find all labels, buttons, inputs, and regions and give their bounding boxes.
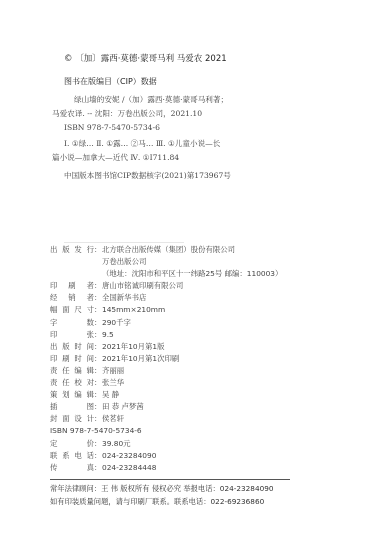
info-row-format: 幅面尺寸：145mm×210mm bbox=[50, 304, 282, 316]
info-row-illustration: 插图：田 恭 卢梦茜 bbox=[50, 401, 282, 413]
copyright-line: © 〔加〕露西·莫德·蒙哥马利 马爱农 2021 bbox=[64, 52, 227, 64]
info-row-planning-editor: 策划编辑：吴 静 bbox=[50, 389, 282, 401]
info-row-price: 定价：39.80元 bbox=[50, 438, 282, 450]
info-row-fax: 传真：024-23284448 bbox=[50, 462, 282, 474]
info-row-proofreader: 责任校对：张兰华 bbox=[50, 377, 282, 389]
info-row-printer: 印刷者：唐山市铭诚印刷有限公司 bbox=[50, 280, 282, 292]
info-row-publisher: 出版发行：北方联合出版传媒（集团）股份有限公司 bbox=[50, 244, 282, 256]
info-row-editor: 责任编辑：齐丽丽 bbox=[50, 365, 282, 377]
footer-divider bbox=[50, 479, 290, 480]
info-row-address: （地址：沈阳市和平区十一纬路25号 邮编：110003） bbox=[50, 268, 282, 280]
info-row-distributor: 经销者：全国新华书店 bbox=[50, 292, 282, 304]
cip-line-5: 篇小说—加拿大—近代 Ⅳ. ①I711.84 bbox=[52, 151, 179, 165]
info-row-publish-date: 出版时间：2021年10月第1版 bbox=[50, 341, 282, 353]
legal-footer: 常年法律顾问：王 伟 版权所有 侵权必究 举报电话：024-23284090 如… bbox=[50, 482, 274, 508]
info-row-sheets: 印张：9.5 bbox=[50, 329, 282, 341]
cip-title: 图书在版编目（CIP）数据 bbox=[64, 76, 157, 87]
footer-legal-line: 常年法律顾问：王 伟 版权所有 侵权必究 举报电话：024-23284090 bbox=[50, 482, 274, 495]
info-row-word-count: 字数：290千字 bbox=[50, 317, 282, 329]
footer-quality-line: 如有印装质量问题，请与印刷厂联系。联系电话：022-69236860 bbox=[50, 495, 274, 508]
cip-line-isbn: ISBN 978-7-5470-5734-6 bbox=[64, 121, 160, 135]
cip-line-2: 马爱农译. -- 沈阳：万卷出版公司，2021.10 bbox=[52, 107, 202, 121]
cip-record-number: 中国版本图书馆CIP数据核字(2021)第173967号 bbox=[64, 170, 231, 181]
info-row-cover-design: 封面设计：侯茗轩 bbox=[50, 413, 282, 425]
divider bbox=[64, 242, 184, 243]
info-row-isbn: ISBN 978-7-5470-5734-6 bbox=[50, 425, 282, 437]
info-row-print-date: 印刷时间：2021年10月第1次印刷 bbox=[50, 353, 282, 365]
info-row-phone: 联系电话：024-23284090 bbox=[50, 450, 282, 462]
cip-line-4: Ⅰ. ①绿… Ⅱ. ①露… ②马… Ⅲ. ①儿童小说—长 bbox=[64, 137, 220, 151]
publication-info: 出版发行：北方联合出版传媒（集团）股份有限公司 万卷出版公司 （地址：沈阳市和平… bbox=[50, 244, 282, 474]
info-row-publisher-2: 万卷出版公司 bbox=[50, 256, 282, 268]
cip-line-1: 绿山墙的安妮 /（加）露西·莫德·蒙哥马利著； bbox=[74, 93, 228, 107]
